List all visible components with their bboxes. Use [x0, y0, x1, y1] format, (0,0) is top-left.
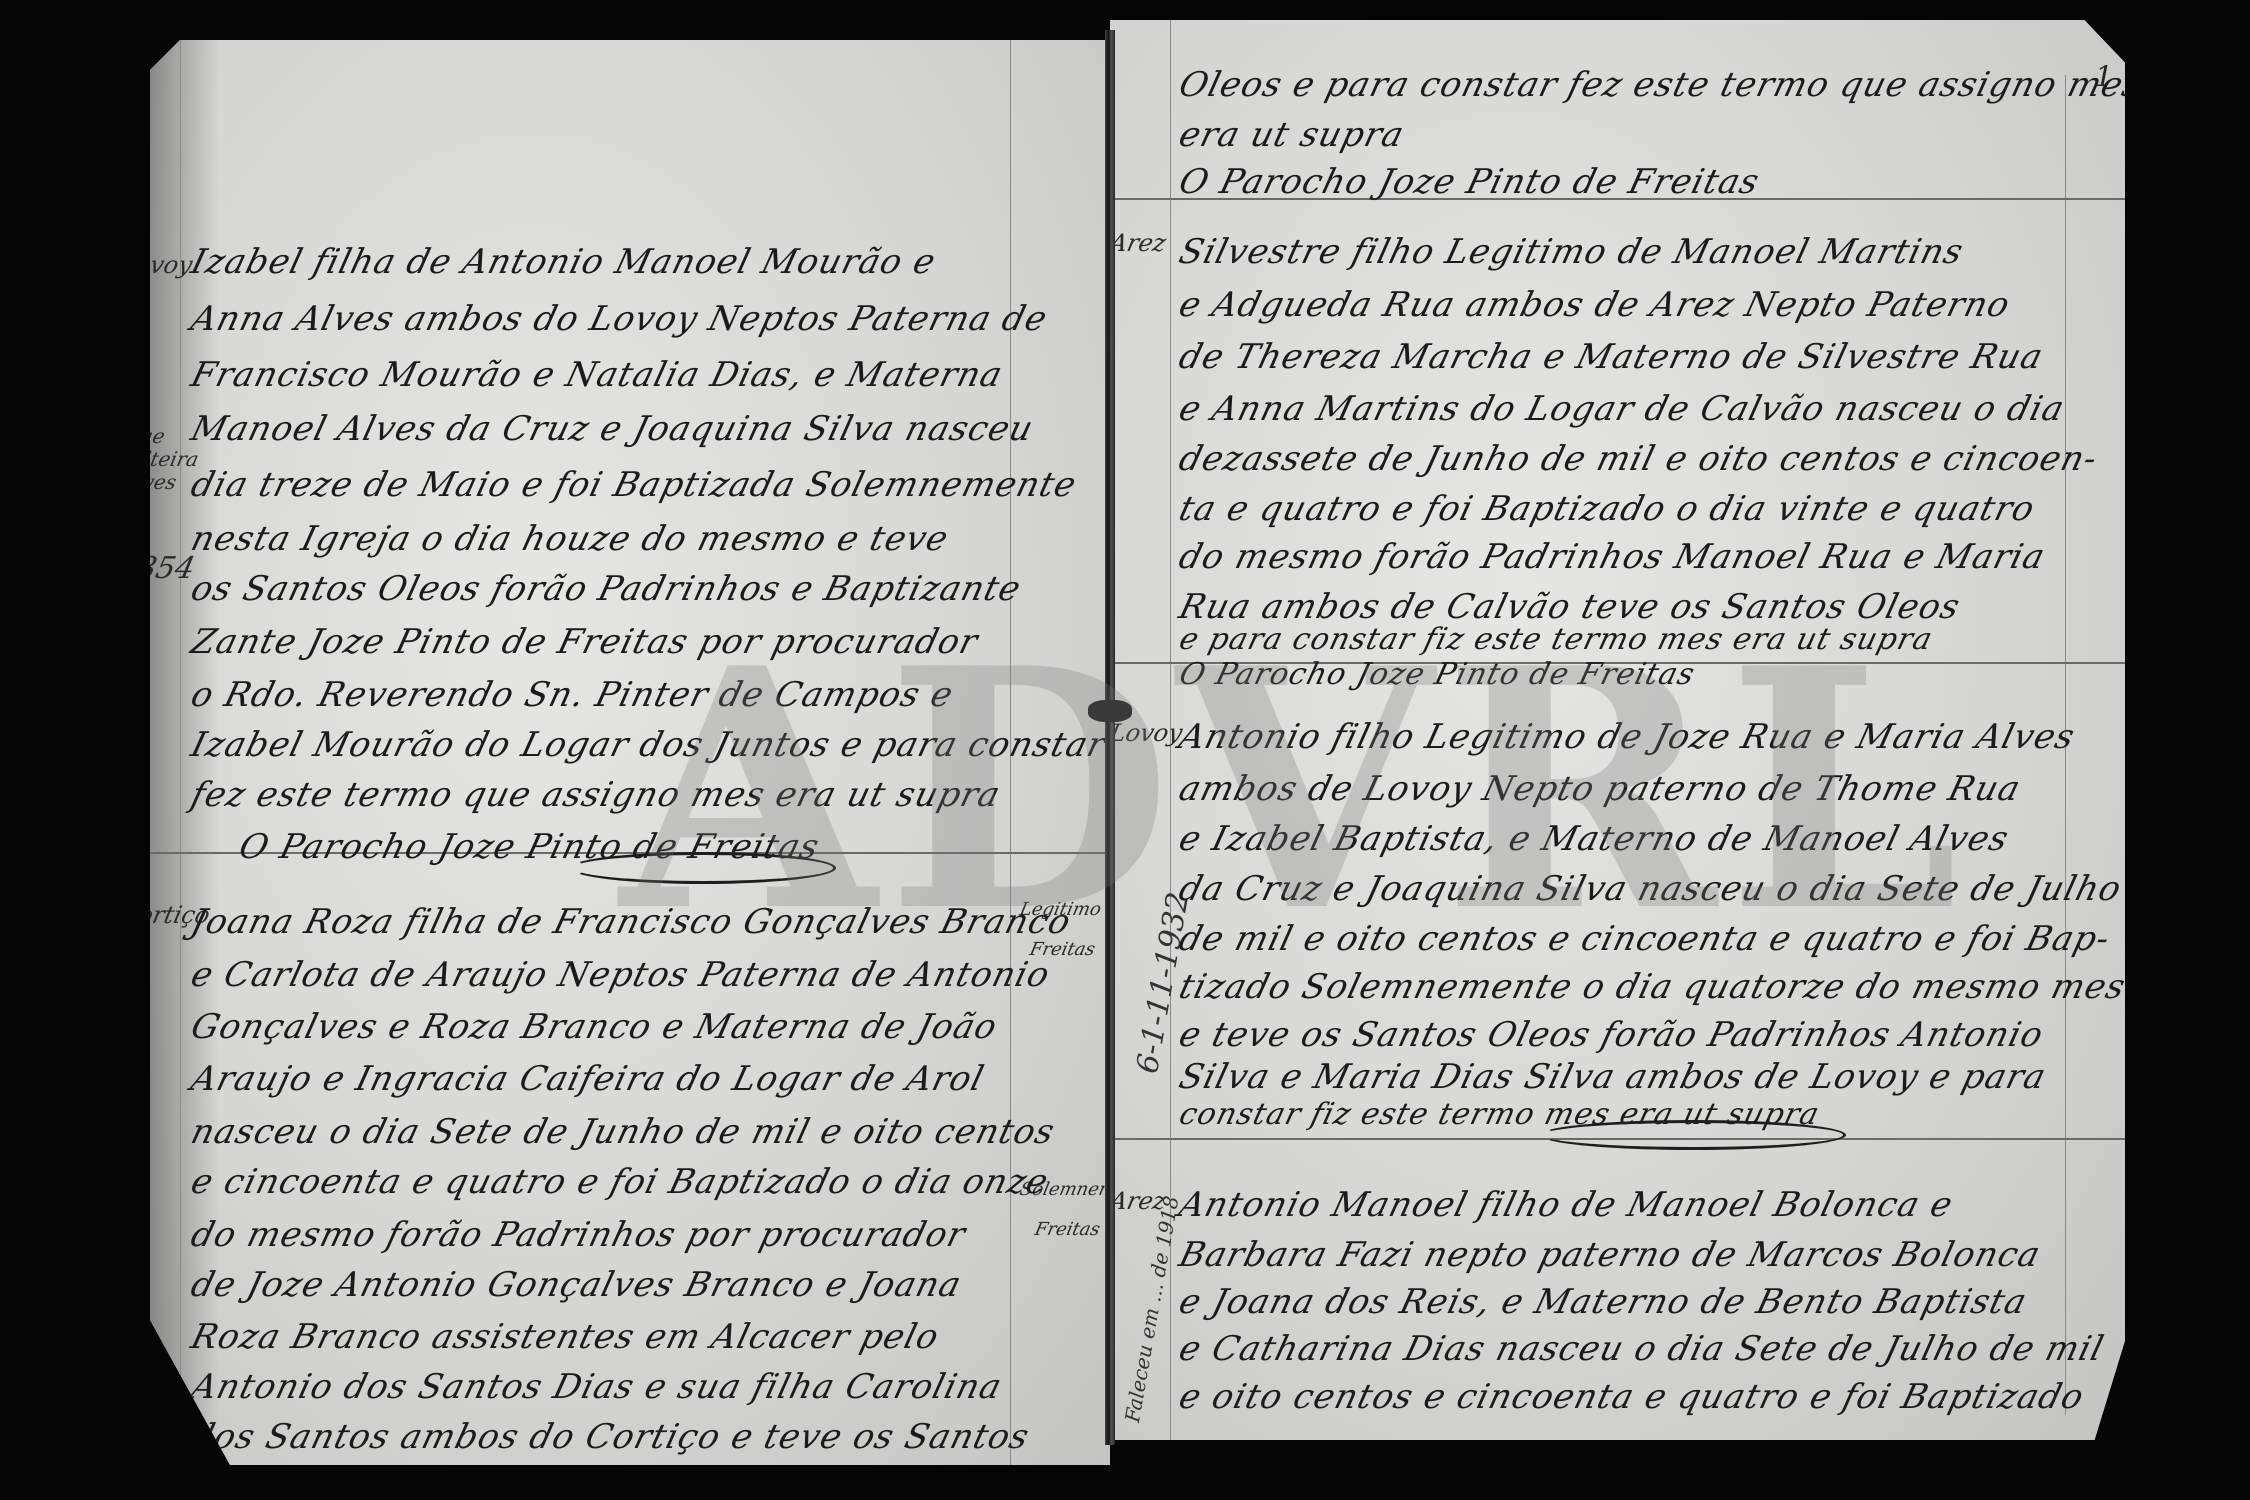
manuscript-line: ta e quatro e foi Baptizado o dia vinte …	[1176, 492, 2039, 526]
margin-note: solteira	[120, 448, 201, 470]
margin-note: Alves	[120, 471, 179, 493]
manuscript-line: de Thereza Marcha e Materno de Silvestre…	[1176, 340, 2047, 374]
manuscript-line: Silva e Maria Dias Silva ambos de Lovoy …	[1176, 1060, 2050, 1094]
margin-place: Lovoy	[1107, 720, 1185, 746]
side-note: Freitas	[1033, 1220, 1102, 1240]
manuscript-line: dezassete de Junho de mil e oito centos …	[1176, 442, 2101, 476]
margin-place: Arez	[1107, 230, 1168, 256]
manuscript-line: e cincoenta e quatro e foi Baptizado o d…	[188, 1165, 1052, 1199]
manuscript-line: de mil e oito centos e cincoenta e quatr…	[1176, 922, 2114, 956]
manuscript-line: ambos de Lovoy Nepto paterno de Thome Ru…	[1176, 772, 2024, 806]
manuscript-line: Silvestre filho Legitimo de Manoel Marti…	[1176, 235, 1967, 269]
margin-side-note: Faleceu em ... de 1918	[1120, 1194, 1183, 1424]
manuscript-line: Araujo e Ingracia Caifeira do Logar de A…	[188, 1062, 988, 1096]
manuscript-line: da Cruz e Joaquina Silva nasceu o dia Se…	[1176, 872, 2125, 906]
manuscript-line: Francisco Mourão e Natalia Dias, e Mater…	[188, 358, 1007, 392]
manuscript-line: Antonio filho Legitimo de Joze Rua e Mar…	[1176, 720, 2079, 754]
manuscript-line: e Carlota de Araujo Neptos Paterna de An…	[188, 958, 1054, 992]
manuscript-line: fez este termo que assigno mes era ut su…	[188, 778, 1004, 812]
manuscript-line: e Adgueda Rua ambos de Arez Nepto Patern…	[1176, 288, 2014, 322]
manuscript-line: Oleos e para constar fez este termo que …	[1176, 68, 2146, 102]
manuscript-line: do mesmo forão Padrinhos Manoel Rua e Ma…	[1176, 540, 2049, 574]
margin-year: 1854	[114, 552, 197, 585]
signature: O Parocho Joze Pinto de Freitas	[1176, 660, 1698, 690]
manuscript-line: e teve os Santos Oleos forão Padrinhos A…	[1176, 1018, 2047, 1052]
left-page: Lovoy mae solteira Alves 1854 Izabel fil…	[150, 40, 1110, 1465]
manuscript-line: Izabel filha de Antonio Manoel Mourão e	[188, 245, 940, 279]
manuscript-line: Gonçalves e Roza Branco e Materna de Joã…	[188, 1010, 1001, 1044]
manuscript-line: os Santos Oleos forão Padrinhos e Baptiz…	[188, 572, 1025, 606]
margin-note: mae	[120, 425, 167, 447]
manuscript-line: e Anna Martins do Logar de Calvão nasceu…	[1176, 392, 2068, 426]
manuscript-line: e oito centos e cincoenta e quatro e foi…	[1176, 1380, 2088, 1414]
manuscript-line: Roza Branco assistentes em Alcacer pelo	[188, 1320, 943, 1354]
signature-flourish	[570, 852, 836, 884]
manuscript-line: Antonio dos Santos Dias e sua filha Caro…	[188, 1370, 1006, 1404]
manuscript-line: e Catharina Dias nasceu o dia Sete de Ju…	[1176, 1332, 2108, 1366]
manuscript-line: Rua ambos de Calvão teve os Santos Oleos	[1176, 590, 1964, 624]
manuscript-line: Anna Alves ambos do Lovoy Neptos Paterna…	[188, 302, 1051, 336]
margin-place: Lovoy	[117, 252, 195, 278]
signature-flourish	[1540, 1120, 1846, 1150]
manuscript-line: o Rdo. Reverendo Sn. Pinter de Campos e	[188, 678, 957, 712]
book-binding	[1105, 30, 1115, 1445]
right-page: 1 Oleos e para constar fez este termo qu…	[1110, 20, 2125, 1440]
manuscript-line: nesta Igreja o dia houze do mesmo e teve	[188, 522, 952, 556]
signature: O Parocho Joze Pinto de Freitas	[1176, 165, 1763, 199]
manuscript-line: Zante Joze Pinto de Freitas por procurad…	[188, 625, 982, 659]
manuscript-line: Izabel Mourão do Logar dos Juntos e para…	[188, 728, 1109, 762]
manuscript-line: nasceu o dia Sete de Junho de mil e oito…	[188, 1115, 1059, 1149]
manuscript-line: e Joana dos Reis, e Materno de Bento Bap…	[1176, 1285, 2031, 1319]
manuscript-line: Barbara Fazi nepto paterno de Marcos Bol…	[1176, 1238, 2044, 1272]
manuscript-line: do mesmo forão Padrinhos por procurador	[188, 1218, 969, 1252]
manuscript-line: Joana Roza filha de Francisco Gonçalves …	[188, 905, 1075, 939]
manuscript-line: e Izabel Baptista, e Materno de Manoel A…	[1176, 822, 2013, 856]
manuscript-line: de Joze Antonio Gonçalves Branco e Joana	[188, 1268, 965, 1302]
manuscript-line: dia treze de Maio e foi Baptizada Solemn…	[188, 468, 1080, 502]
binding-knot	[1088, 700, 1132, 722]
manuscript-line: Manoel Alves da Cruz e Joaquina Silva na…	[188, 412, 1037, 446]
manuscript-line: Antonio Manoel filho de Manoel Bolonca e	[1176, 1188, 1957, 1222]
manuscript-line: tizado Solemnemente o dia quatorze do me…	[1176, 970, 2129, 1004]
manuscript-line: era ut supra	[1176, 118, 1408, 152]
manuscript-line: dos Santos ambos do Cortiço e teve os Sa…	[188, 1420, 1033, 1454]
manuscript-line: e para constar fiz este termo mes era ut…	[1176, 625, 1935, 655]
